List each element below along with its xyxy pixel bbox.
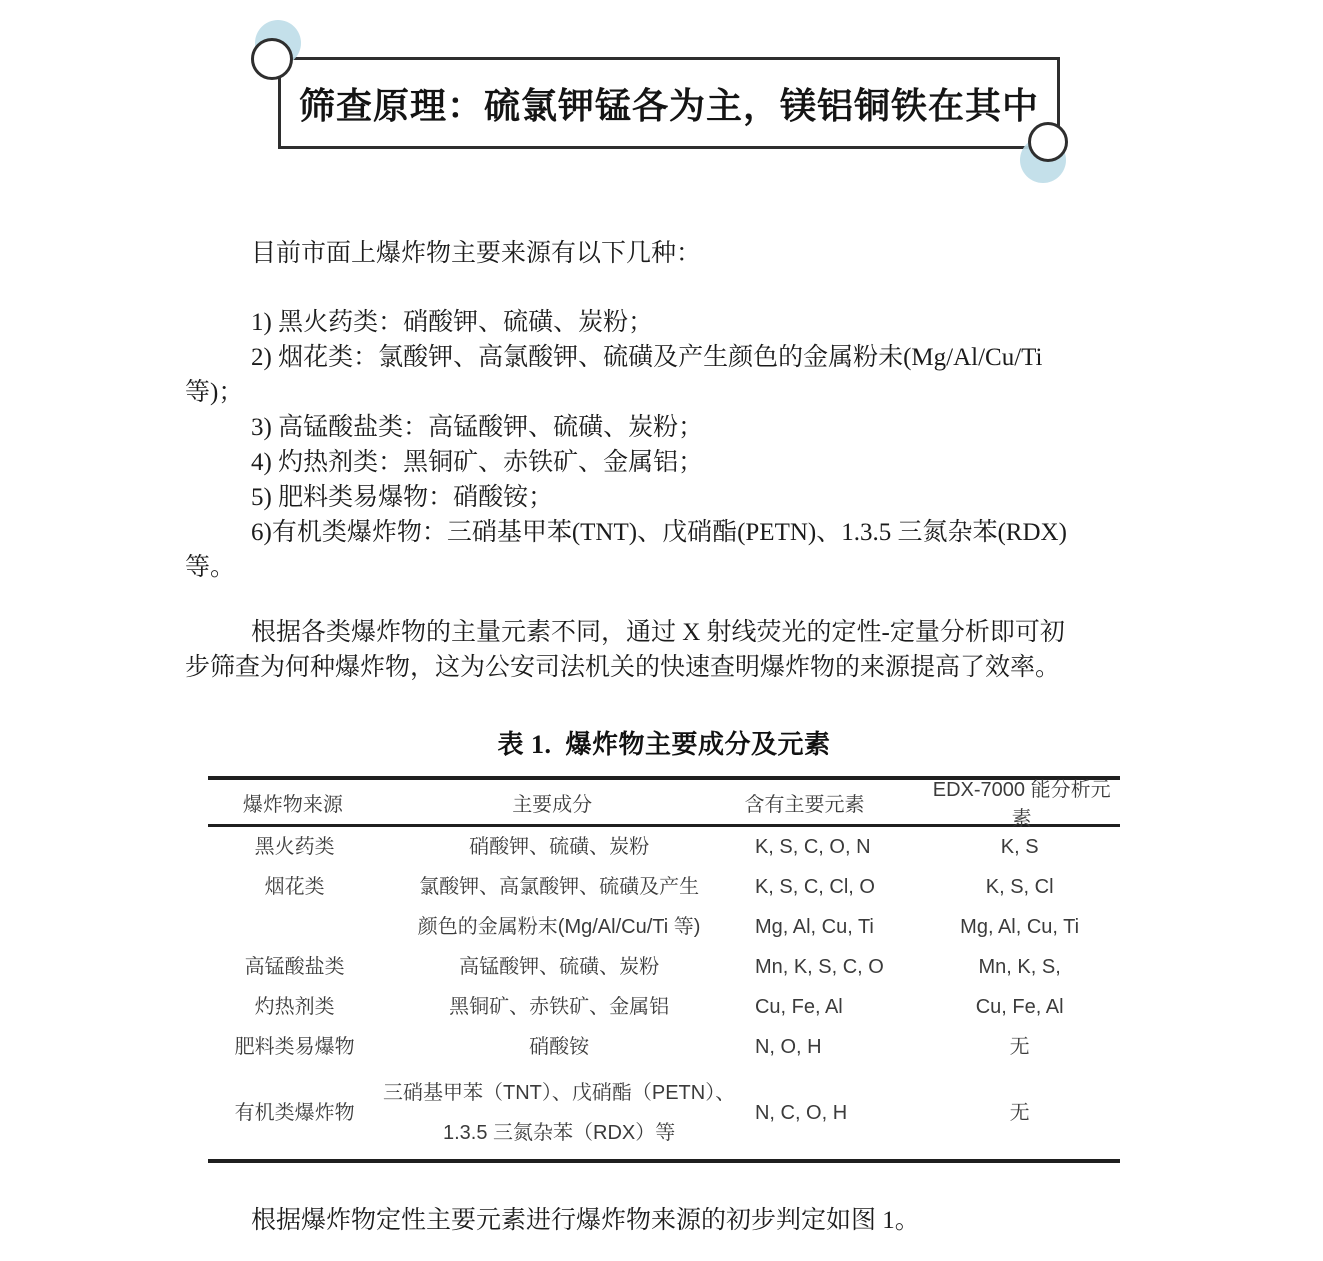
table-cell-edx-elements: Mn, K, S, (919, 947, 1120, 987)
decor-circle-outline-topleft-icon (251, 38, 293, 80)
list-item-line: 4) 灼热剂类：黑铜矿、赤铁矿、金属铝； (185, 445, 1145, 480)
table-cell-line: 烟花类 (208, 867, 381, 907)
table-cell-main-elements: Cu, Fe, Al (737, 987, 919, 1027)
table-body: 黑火药类硝酸钾、硫磺、炭粉K, S, C, O, NK, S烟花类氯酸钾、高氯酸… (208, 827, 1120, 1159)
table-cell-main-elements: N, C, O, H (737, 1093, 919, 1133)
intro-paragraph: 目前市面上爆炸物主要来源有以下几种： (185, 236, 1145, 271)
table-cell-line: 黑铜矿、赤铁矿、金属铝 (381, 987, 737, 1027)
table-cell-line: 肥料类易爆物 (208, 1027, 381, 1067)
analysis-line: 根据各类爆炸物的主量元素不同，通过 X 射线荧光的定性-定量分析即可初 (185, 615, 1145, 650)
table-row: 有机类爆炸物三硝基甲苯（TNT）、戊硝酯（PETN）、1.3.5 三氮杂苯（RD… (208, 1067, 1120, 1159)
table-cell-line: 有机类爆炸物 (208, 1093, 381, 1133)
decor-circle-outline-bottomright-icon (1028, 122, 1068, 162)
table-row: 颜色的金属粉末(Mg/Al/Cu/Ti 等)Mg, Al, Cu, TiMg, … (208, 907, 1120, 947)
table-row: 灼热剂类黑铜矿、赤铁矿、金属铝Cu, Fe, AlCu, Fe, Al (208, 987, 1120, 1027)
table-row: 肥料类易爆物硝酸铵N, O, H无 (208, 1027, 1120, 1067)
table-cell-line: 黑火药类 (208, 827, 381, 867)
table-cell-edx-elements: K, S (919, 827, 1120, 867)
table-cell-line: Mg, Al, Cu, Ti (755, 907, 919, 947)
table-cell-line: 灼热剂类 (208, 987, 381, 1027)
table-cell-main-elements: K, S, C, O, N (737, 827, 919, 867)
table-cell-line: 1.3.5 三氮杂苯（RDX）等 (381, 1113, 737, 1153)
table-cell-line: N, O, H (755, 1027, 919, 1067)
table-header-source: 爆炸物来源 (208, 788, 378, 817)
table-row: 黑火药类硝酸钾、硫磺、炭粉K, S, C, O, NK, S (208, 827, 1120, 867)
table-cell-edx-elements: Cu, Fe, Al (919, 987, 1120, 1027)
table-caption: 表 1. 爆炸物主要成分及元素 (208, 724, 1120, 761)
explosives-table: 爆炸物来源主要成分含有主要元素EDX-7000 能分析元素 黑火药类硝酸钾、硫磺… (208, 776, 1120, 1163)
table-cell-line: N, C, O, H (755, 1093, 919, 1133)
table-cell-line: Mn, K, S, C, O (755, 947, 919, 987)
list-item-line: 等)； (185, 375, 1145, 410)
table-cell-line: 三硝基甲苯（TNT）、戊硝酯（PETN）、 (381, 1073, 737, 1113)
table-cell-source: 肥料类易爆物 (208, 1027, 381, 1067)
table-cell-line: 无 (919, 1093, 1120, 1133)
list-item-line: 2) 烟花类：氯酸钾、高氯酸钾、硫磺及产生颜色的金属粉未(Mg/Al/Cu/Ti (185, 340, 1145, 375)
table-cell-line: 高锰酸钾、硫磺、炭粉 (381, 947, 737, 987)
table-cell-edx-elements: K, S, Cl (919, 867, 1120, 907)
table-cell-source: 灼热剂类 (208, 987, 381, 1027)
table-cell-line: Mn, K, S, (919, 947, 1120, 987)
list-item-line: 1) 黑火药类：硝酸钾、硫磺、炭粉； (185, 305, 1145, 340)
table-cell-line: K, S, C, Cl, O (755, 867, 919, 907)
title-banner: 筛查原理：硫氯钾锰各为主，镁铝铜铁在其中 (278, 57, 1060, 149)
table-cell-edx-elements: Mg, Al, Cu, Ti (919, 907, 1120, 947)
table-cell-main-elements: Mg, Al, Cu, Ti (737, 907, 919, 947)
table-cell-composition: 三硝基甲苯（TNT）、戊硝酯（PETN）、1.3.5 三氮杂苯（RDX）等 (381, 1073, 737, 1153)
table-cell-line: K, S, C, O, N (755, 827, 919, 867)
list-item-line: 6)有机类爆炸物：三硝基甲苯(TNT)、戊硝酯(PETN)、1.3.5 三氮杂苯… (185, 515, 1145, 550)
table-header-composition: 主要成分 (378, 788, 727, 817)
explosive-sources-list: 1) 黑火药类：硝酸钾、硫磺、炭粉；2) 烟花类：氯酸钾、高氯酸钾、硫磺及产生颜… (185, 305, 1145, 585)
table-cell-source: 黑火药类 (208, 827, 381, 867)
table-cell-edx-elements: 无 (919, 1027, 1120, 1067)
table-cell-line: K, S (919, 827, 1120, 867)
table-cell-line: 无 (919, 1027, 1120, 1067)
table-cell-composition: 氯酸钾、高氯酸钾、硫磺及产生 (381, 867, 737, 907)
banner-title: 筛查原理：硫氯钾锰各为主，镁铝铜铁在其中 (299, 78, 1039, 129)
table-cell-composition: 颜色的金属粉末(Mg/Al/Cu/Ti 等) (381, 907, 737, 947)
table-header-edx-elements: EDX-7000 能分析元素 (923, 773, 1120, 831)
table-cell-line: 高锰酸盐类 (208, 947, 381, 987)
table-cell-main-elements: N, O, H (737, 1027, 919, 1067)
table-cell-edx-elements: 无 (919, 1093, 1120, 1133)
list-item-line: 5) 肥料类易爆物：硝酸铵； (185, 480, 1145, 515)
table-cell-composition: 硝酸钾、硫磺、炭粉 (381, 827, 737, 867)
list-item-line: 等。 (185, 550, 1145, 585)
table-cell-line: Cu, Fe, Al (755, 987, 919, 1027)
table-cell-line: 硝酸铵 (381, 1027, 737, 1067)
table-cell-main-elements: K, S, C, Cl, O (737, 867, 919, 907)
table-cell-line: Cu, Fe, Al (919, 987, 1120, 1027)
closing-line: 根据爆炸物定性主要元素进行爆炸物来源的初步判定如图 1。 (185, 1203, 1145, 1238)
table-row: 烟花类氯酸钾、高氯酸钾、硫磺及产生K, S, C, Cl, OK, S, Cl (208, 867, 1120, 907)
table-header-row: 爆炸物来源主要成分含有主要元素EDX-7000 能分析元素 (208, 780, 1120, 827)
table-cell-composition: 硝酸铵 (381, 1027, 737, 1067)
table-cell-line: K, S, Cl (919, 867, 1120, 907)
table-cell-source: 有机类爆炸物 (208, 1093, 381, 1133)
table-cell-line: 硝酸钾、硫磺、炭粉 (381, 827, 737, 867)
table-cell-composition: 高锰酸钾、硫磺、炭粉 (381, 947, 737, 987)
list-item-line: 3) 高锰酸盐类：高锰酸钾、硫磺、炭粉； (185, 410, 1145, 445)
analysis-line: 步筛查为何种爆炸物，这为公安司法机关的快速查明爆炸物的来源提高了效率。 (185, 650, 1145, 685)
table-header-main-elements: 含有主要元素 (727, 788, 924, 817)
table-cell-line: 颜色的金属粉末(Mg/Al/Cu/Ti 等) (381, 907, 737, 947)
intro-line: 目前市面上爆炸物主要来源有以下几种： (185, 236, 1145, 271)
table-cell-source: 高锰酸盐类 (208, 947, 381, 987)
table-cell-composition: 黑铜矿、赤铁矿、金属铝 (381, 987, 737, 1027)
table-row: 高锰酸盐类高锰酸钾、硫磺、炭粉Mn, K, S, C, OMn, K, S, (208, 947, 1120, 987)
table-cell-main-elements: Mn, K, S, C, O (737, 947, 919, 987)
table-cell-line: Mg, Al, Cu, Ti (919, 907, 1120, 947)
closing-paragraph: 根据爆炸物定性主要元素进行爆炸物来源的初步判定如图 1。 (185, 1203, 1145, 1238)
table-cell-line: 氯酸钾、高氯酸钾、硫磺及产生 (381, 867, 737, 907)
analysis-paragraph: 根据各类爆炸物的主量元素不同，通过 X 射线荧光的定性-定量分析即可初步筛查为何… (185, 615, 1145, 685)
table-cell-source: 烟花类 (208, 867, 381, 907)
